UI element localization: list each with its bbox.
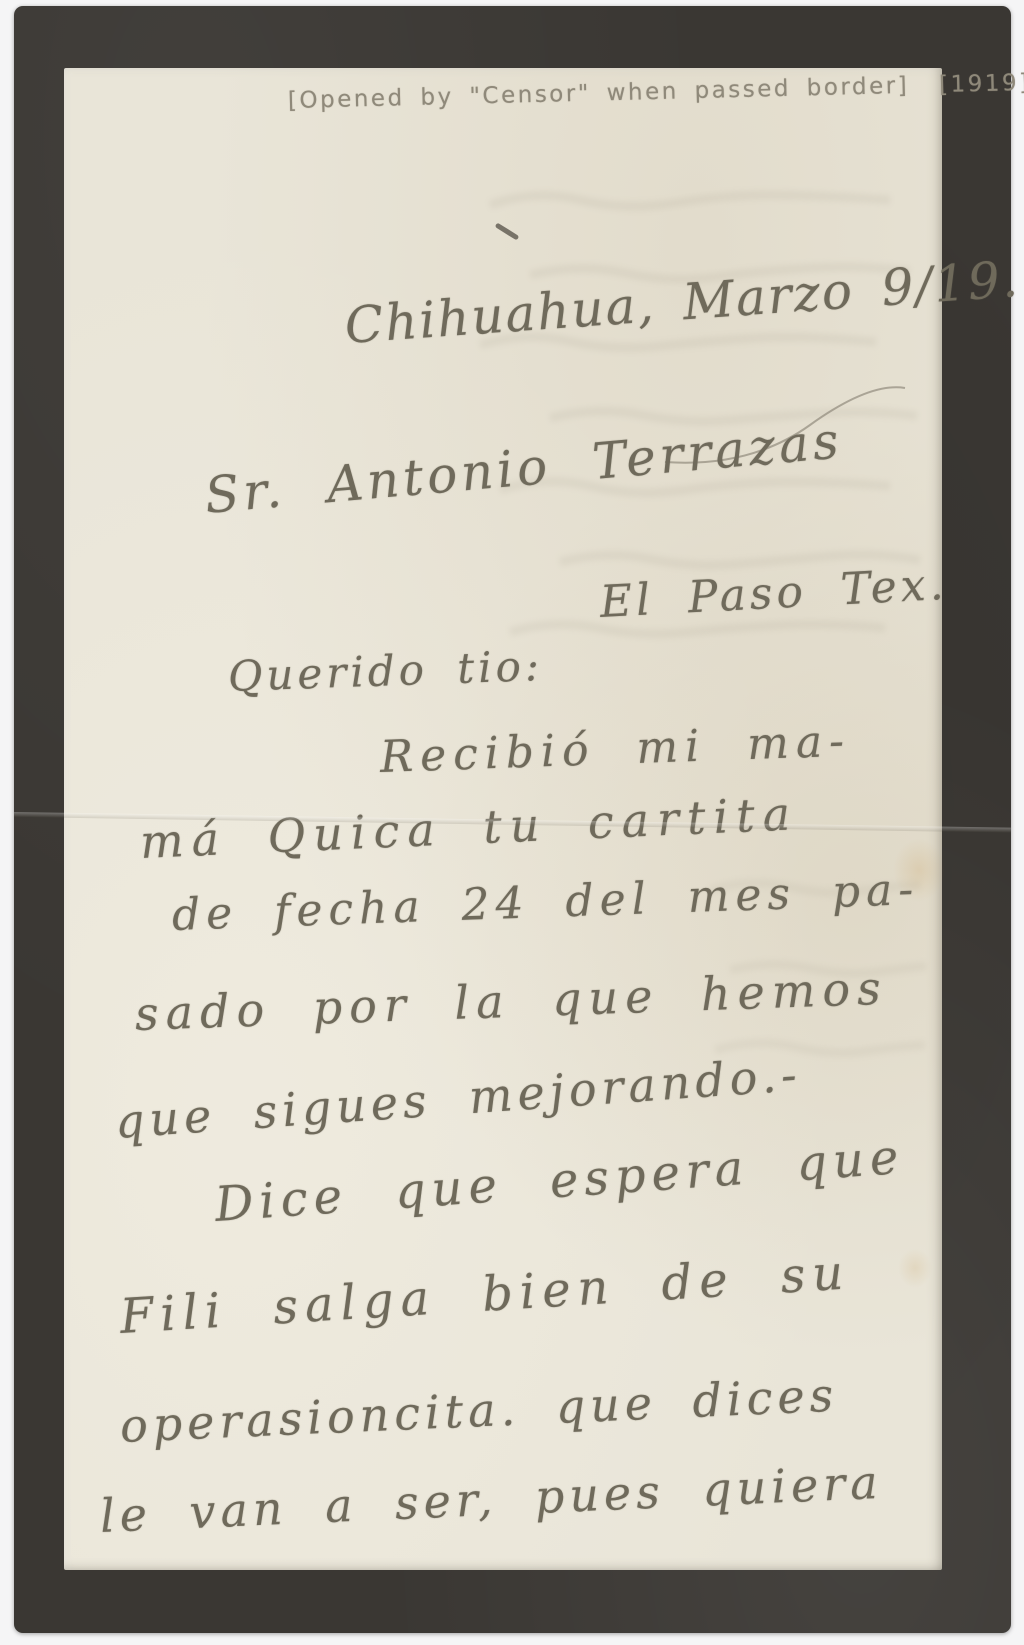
year-note: [1919] [939, 70, 1024, 98]
scanned-letter-page: [Opened by "Censor" when passed border] … [0, 0, 1024, 1645]
paper-stain [898, 1248, 932, 1288]
salutation: Querido tio: [227, 644, 543, 699]
